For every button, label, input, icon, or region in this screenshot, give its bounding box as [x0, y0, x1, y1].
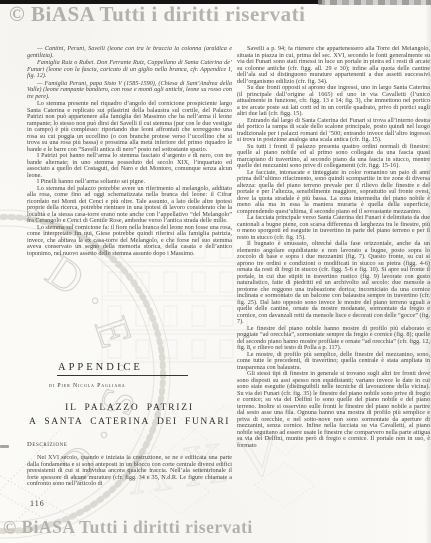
scanned-page: D·E·S·C — [0, 0, 431, 543]
paragraph: Su due fronti opposti si aprono due ingr… — [237, 85, 430, 118]
paragraph: La facciata principale verso Santa Cater… — [237, 215, 430, 241]
paragraph: Lo stemma sul cornicione fa: il fiore ne… — [27, 225, 232, 258]
paragraph: Il bugnato è smussato, oltreché dalla fa… — [237, 241, 430, 326]
embossed-library-stamp: D·E·S·C — [0, 210, 170, 538]
left-column: — Cantini, Peruni, Savelli (leone con tr… — [27, 46, 232, 257]
left-column-paragraphs: Lo stemma presente nel riquadro d’angolo… — [27, 101, 232, 257]
right-edge-shadow — [425, 0, 431, 543]
reference-item: Famiglia Ruiz o Rubei. Don Ferrante Ruiz… — [27, 60, 232, 80]
reference-item: — Cantini, Peruni, Savelli (leone con tr… — [27, 46, 232, 59]
reference-list: — Cantini, Peruni, Savelli (leone con tr… — [27, 46, 232, 100]
paragraph: Entrando dal largo di Santa Caterina dei… — [237, 118, 430, 144]
top-edge-scan-bar — [0, 0, 322, 4]
top-edge-scan-smudge — [318, 0, 431, 5]
article-title: IL PALAZZO PATRIZI A SANTA CATERINA DEI … — [22, 403, 237, 427]
article-title-line2: A SANTA CATERINA DEI FUNARI — [22, 417, 237, 427]
paragraph: Su tutti i fronti il palazzo presenta qu… — [237, 144, 430, 170]
appendix-heading-rule — [57, 375, 188, 376]
left-edge-mark — [0, 445, 9, 448]
watermark-top: © BiASA Tutti i diritti riservati — [9, 2, 305, 27]
article-title-line1: IL PALAZZO PATRIZI — [22, 403, 237, 413]
section-subheading: Descrizione — [27, 441, 68, 448]
paragraph: Lo stemma presente nel riquadro d’angolo… — [27, 101, 232, 153]
paragraph: Savelli a p. 94; fa ritenere che apparte… — [237, 46, 430, 85]
watermark-bottom: © BiASA Tutti i diritti riservati — [3, 517, 253, 538]
paragraph: Nel XVI secolo, quando è iniziata la cos… — [27, 455, 232, 488]
right-column: Savelli a p. 94; fa ritenere che apparte… — [237, 46, 430, 449]
paragraph: Lo stemma del palazzo potrebbe avere un … — [27, 186, 232, 225]
paragraph: Gli stessi tipi di finestre in generale … — [237, 371, 430, 449]
page-number: 116 — [30, 499, 45, 508]
paragraph: Le mostre, di profilo più semplice, dell… — [237, 352, 430, 372]
appendix-text: Nel XVI secolo, quando è iniziata la cos… — [27, 455, 232, 488]
appendix-byline: di Pier Nicola Pagliara — [49, 383, 126, 389]
paragraph: I Patrizi poi hanno nell’arma lo stemma … — [27, 153, 232, 179]
appendix-heading: APPENDICE — [58, 362, 143, 373]
paragraph: Le finestre del piano nobile hanno mostr… — [237, 326, 430, 352]
reference-item: — Famiglia Peruni, papa Sisto V (1585-15… — [27, 81, 232, 101]
paragraph: Le facciate, intonacate e tinteggiate in… — [237, 170, 430, 216]
